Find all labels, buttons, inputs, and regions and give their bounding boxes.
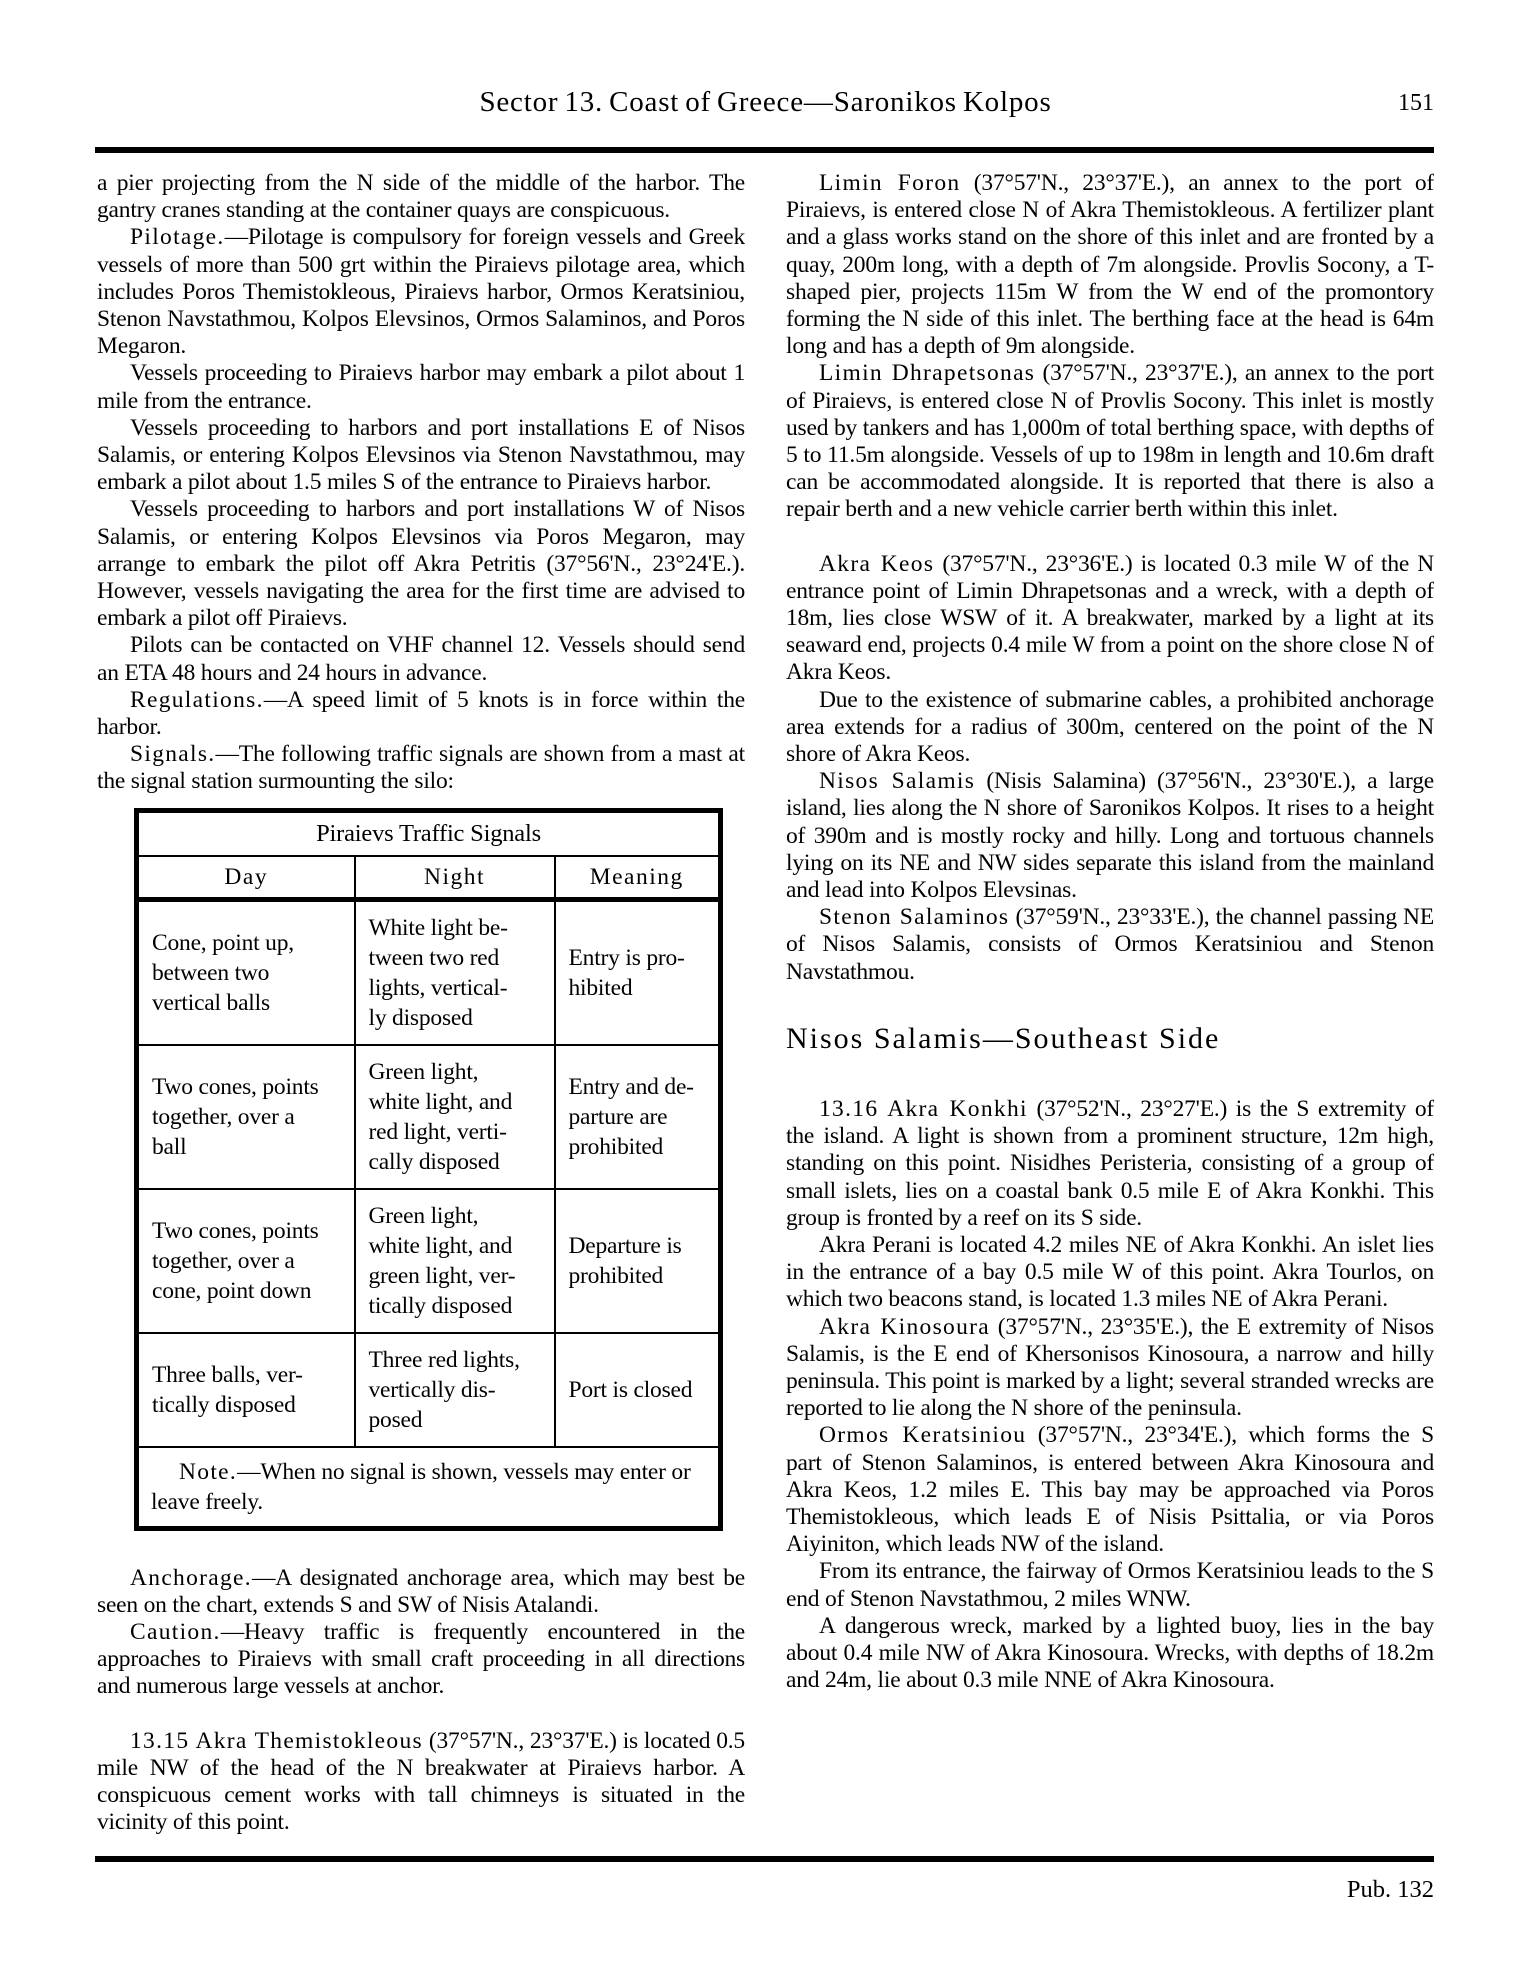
paragraph: Vessels proceeding to harbors and port i… <box>97 415 745 497</box>
cell-meaning: Entry is pro- hibited <box>555 899 721 1045</box>
paragraph-lead: Signals. <box>130 741 215 767</box>
paragraph-text: Akra Perani is located 4.2 miles NE of A… <box>786 1232 1434 1312</box>
cell-day: Two cones, points together, over a cone,… <box>137 1189 355 1333</box>
paragraph-text: Pilots can be contacted on VHF channel 1… <box>97 632 745 685</box>
paragraph: From its entrance, the fairway of Ormos … <box>786 1558 1434 1612</box>
paragraph: Due to the existence of submarine cables… <box>786 687 1434 769</box>
page-title: Sector 13. Coast of Greece—Saronikos Kol… <box>97 86 1434 119</box>
paragraph: Limin Dhrapetsonas (37°57'N., 23°37'E.),… <box>786 360 1434 523</box>
paragraph-lead: Akra Keos <box>819 551 934 577</box>
paragraph-lead: Ormos Keratsiniou <box>819 1422 1026 1448</box>
paragraph-lead: Limin Dhrapetsonas <box>819 360 1035 386</box>
paragraph-lead: 13.15 Akra Themistokleous <box>130 1728 423 1754</box>
paragraph-text: A dangerous wreck, marked by a lighted b… <box>786 1613 1434 1693</box>
paragraph: 13.16 Akra Konkhi (37°52'N., 23°27'E.) i… <box>786 1096 1434 1232</box>
cell-meaning: Port is closed <box>555 1333 721 1447</box>
paragraph-lead: Stenon Salaminos <box>819 904 1009 930</box>
publication-number: Pub. 132 <box>1347 1876 1434 1904</box>
paragraph-lead: Anchorage. <box>130 1565 252 1591</box>
column-header-night: Night <box>355 856 555 900</box>
paragraph-lead: Nisos Salamis <box>819 768 975 794</box>
right-column: Limin Foron (37°57'N., 23°37'E.), an ann… <box>786 170 1434 1850</box>
note-lead: Note. <box>179 1459 237 1485</box>
column-header-meaning: Meaning <box>555 856 721 900</box>
paragraph: Anchorage.—A designated anchorage area, … <box>97 1565 745 1619</box>
paragraph-lead: 13.16 Akra Konkhi <box>819 1096 1028 1122</box>
paragraph: Regulations.—A speed limit of 5 knots is… <box>97 687 745 741</box>
paragraph: Limin Foron (37°57'N., 23°37'E.), an ann… <box>786 170 1434 360</box>
paragraph-text: From its entrance, the fairway of Ormos … <box>786 1558 1434 1611</box>
table-row: Cone, point up, between two vertical bal… <box>137 899 721 1045</box>
paragraph-lead: Regulations. <box>130 687 264 713</box>
cell-day: Three balls, ver- tically disposed <box>137 1333 355 1447</box>
paragraph: Pilots can be contacted on VHF channel 1… <box>97 632 745 686</box>
table-row: Two cones, points together, over a cone,… <box>137 1189 721 1333</box>
paragraph-text: (37°57'N., 23°37'E.), an annex to the po… <box>786 170 1434 359</box>
table-note-row: Note.—When no signal is shown, vessels m… <box>137 1447 721 1529</box>
paragraph: Akra Keos (37°57'N., 23°36'E.) is locate… <box>786 551 1434 687</box>
cell-night: White light be- tween two red lights, ve… <box>355 899 555 1045</box>
paragraph: Vessels proceeding to harbors and port i… <box>97 496 745 632</box>
page-number: 151 <box>1398 90 1434 117</box>
paragraph: A dangerous wreck, marked by a lighted b… <box>786 1613 1434 1695</box>
cell-night: Green light, white light, and red light,… <box>355 1045 555 1189</box>
paragraph: Ormos Keratsiniou (37°57'N., 23°34'E.), … <box>786 1422 1434 1558</box>
table-title: Piraievs Traffic Signals <box>137 810 721 856</box>
header-rule <box>95 147 1434 153</box>
table-title-row: Piraievs Traffic Signals <box>137 810 721 856</box>
paragraph: Caution.—Heavy traffic is frequently enc… <box>97 1619 745 1701</box>
paragraph: Pilotage.—Pilotage is compulsory for for… <box>97 224 745 360</box>
paragraph: Akra Kinosoura (37°57'N., 23°35'E.), the… <box>786 1314 1434 1423</box>
cell-night: Three red lights, vertically dis- posed <box>355 1333 555 1447</box>
table-header-row: Day Night Meaning <box>137 856 721 900</box>
cell-night: Green light, white light, and green ligh… <box>355 1189 555 1333</box>
left-column: a pier projecting from the N side of the… <box>97 170 745 1850</box>
table-note: Note.—When no signal is shown, vessels m… <box>137 1447 721 1529</box>
paragraph: Signals.—The following traffic signals a… <box>97 741 745 795</box>
paragraph: Nisos Salamis (Nisis Salamina) (37°56'N.… <box>786 768 1434 904</box>
section-heading: Nisos Salamis—Southeast Side <box>786 1022 1434 1056</box>
cell-meaning: Entry and de- parture are prohibited <box>555 1045 721 1189</box>
paragraph-lead: Limin Foron <box>819 170 960 196</box>
paragraph-lead: Akra Kinosoura <box>819 1314 990 1340</box>
paragraph-text: Due to the existence of submarine cables… <box>786 687 1434 767</box>
cell-day: Two cones, points together, over a ball <box>137 1045 355 1189</box>
paragraph-lead: Pilotage. <box>130 224 225 250</box>
document-page: Sector 13. Coast of Greece—Saronikos Kol… <box>0 0 1530 1980</box>
paragraph: Vessels proceeding to Piraievs harbor ma… <box>97 360 745 414</box>
table-row: Three balls, ver- tically disposed Three… <box>137 1333 721 1447</box>
column-header-day: Day <box>137 856 355 900</box>
paragraph: Akra Perani is located 4.2 miles NE of A… <box>786 1232 1434 1314</box>
paragraph-text: Vessels proceeding to harbors and port i… <box>97 496 745 631</box>
table-row: Two cones, points together, over a ball … <box>137 1045 721 1189</box>
footer-rule <box>95 1856 1434 1862</box>
paragraph-text: Vessels proceeding to harbors and port i… <box>97 415 745 495</box>
traffic-signals-table: Piraievs Traffic Signals Day Night Meani… <box>134 808 723 1531</box>
paragraph-lead: Caution. <box>130 1619 221 1645</box>
paragraph: 13.15 Akra Themistokleous (37°57'N., 23°… <box>97 1728 745 1837</box>
paragraph: Stenon Salaminos (37°59'N., 23°33'E.), t… <box>786 904 1434 986</box>
paragraph-text: a pier projecting from the N side of the… <box>97 170 745 223</box>
paragraph: a pier projecting from the N side of the… <box>97 170 745 224</box>
cell-meaning: Departure is prohibited <box>555 1189 721 1333</box>
cell-day: Cone, point up, between two vertical bal… <box>137 899 355 1045</box>
paragraph-text: Vessels proceeding to Piraievs harbor ma… <box>97 360 745 413</box>
